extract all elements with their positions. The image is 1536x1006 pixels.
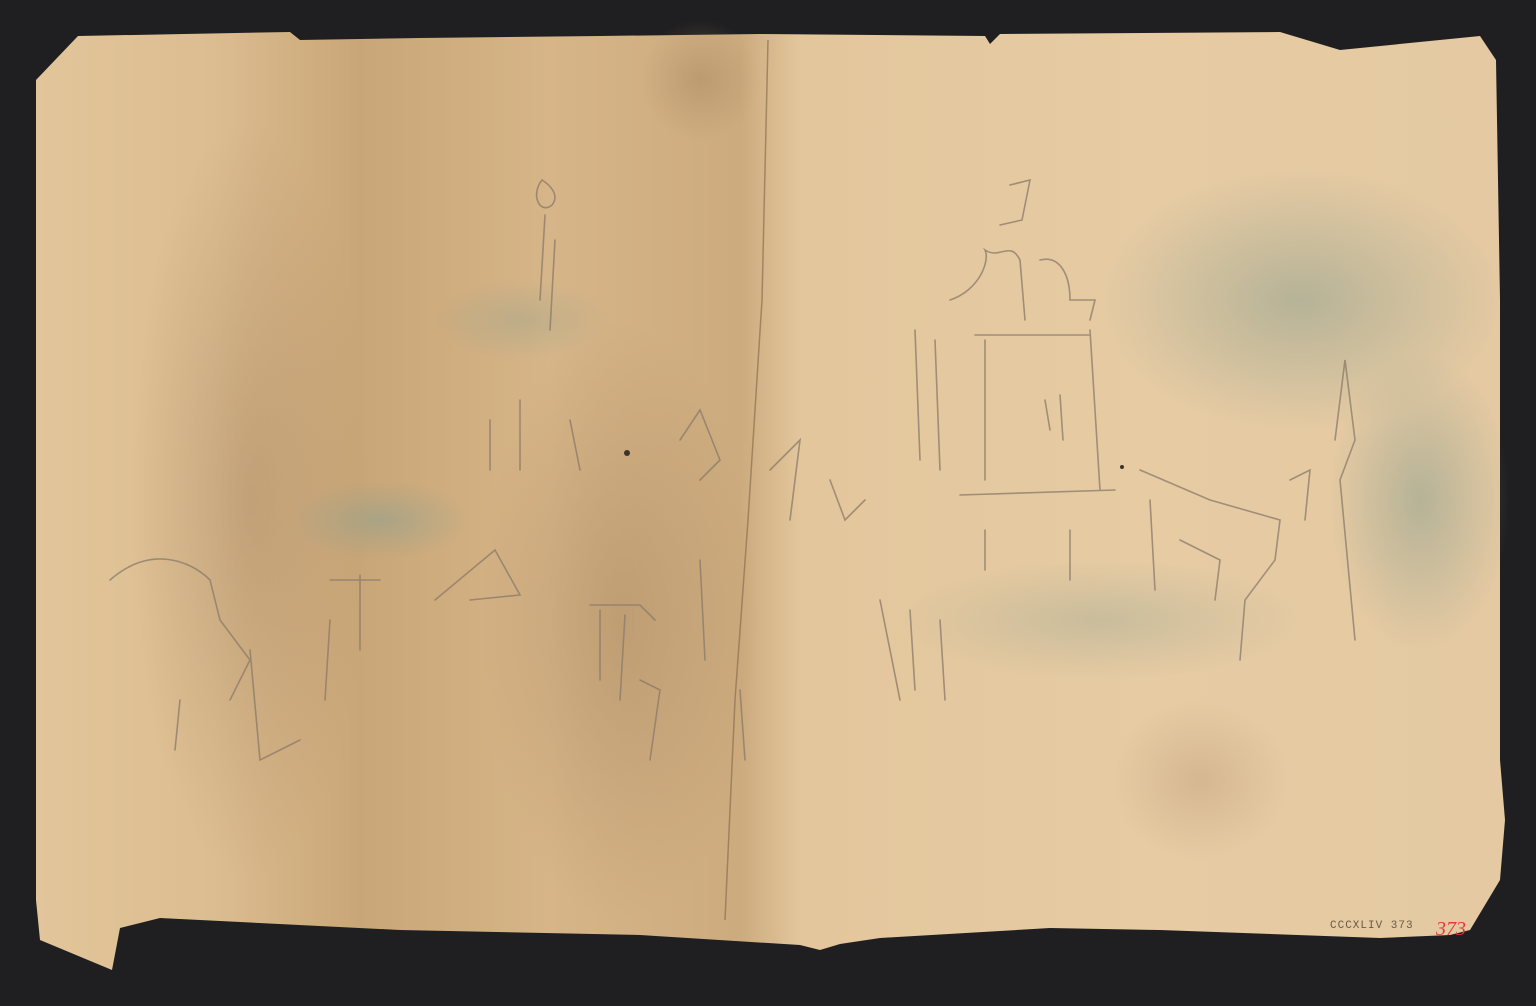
- collection-stamp: CCCXLIV 373: [1330, 920, 1414, 932]
- artwork-scan: [0, 0, 1536, 1006]
- folio-number: 373: [1436, 918, 1466, 941]
